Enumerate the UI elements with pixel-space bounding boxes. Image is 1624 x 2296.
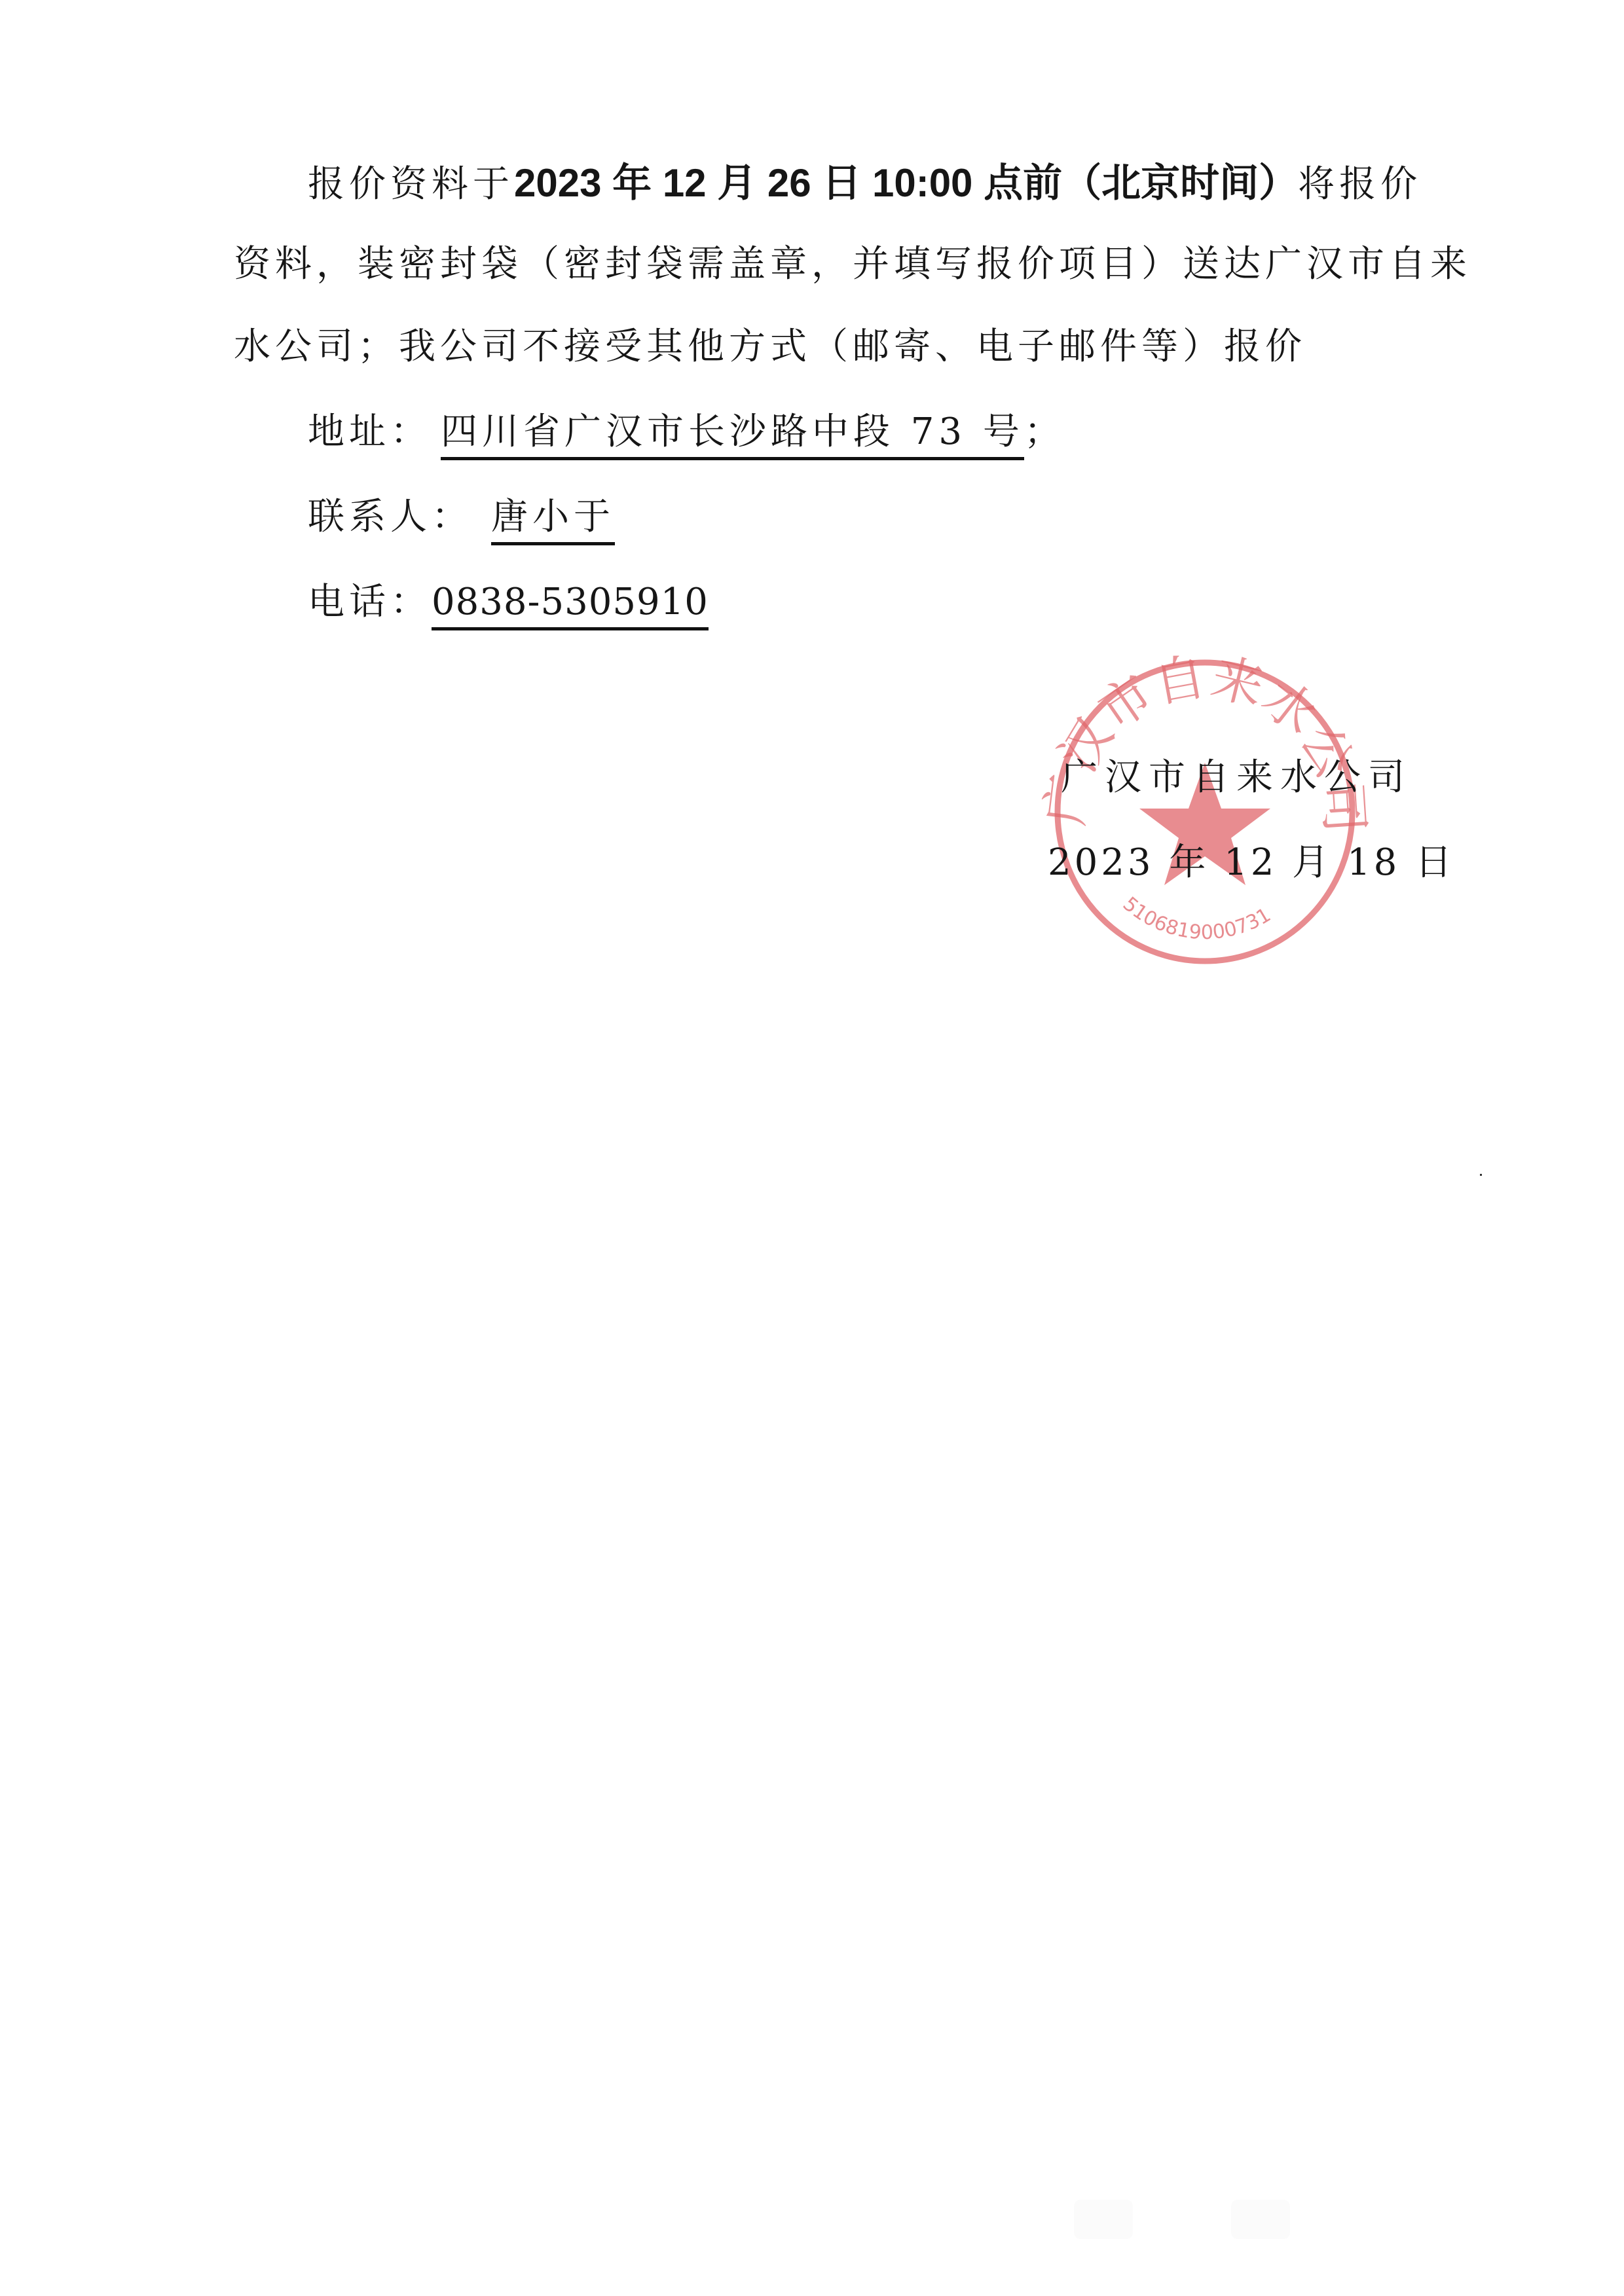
deadline-date: 2023 年 12 月 26 日 10:00 点前 xyxy=(514,161,1062,205)
address-value: 四川省广汉市长沙路中段 73 号 xyxy=(441,410,1024,460)
contact-label: 联系人： xyxy=(308,496,473,538)
address-line: 地址：四川省广汉市长沙路中段 73 号； xyxy=(308,414,1065,450)
scan-speck xyxy=(1480,1174,1482,1176)
phone-label: 电话： xyxy=(308,581,432,623)
paragraph-line-1: 报价资料于2023 年 12 月 26 日 10:00 点前（北京时间）将报价 xyxy=(308,164,1422,203)
address-suffix: ； xyxy=(1024,410,1065,453)
line1-prefix: 报价资料于 xyxy=(308,163,514,206)
address-label: 地址： xyxy=(308,410,432,453)
paragraph-line-3: 水公司；我公司不接受其他方式（邮寄、电子邮件等）报价 xyxy=(234,329,1306,365)
line1-suffix: 将报价 xyxy=(1298,163,1422,206)
contact-line: 联系人：唐小于 xyxy=(308,499,615,536)
scan-artifact xyxy=(1074,2200,1133,2239)
contact-value: 唐小于 xyxy=(491,496,615,545)
phone-line: 电话：0838-5305910 xyxy=(308,584,709,621)
phone-value: 0838-5305910 xyxy=(432,581,709,630)
paragraph-line-2: 资料，装密封袋（密封袋需盖章，并填写报价项目）送达广汉市自来 xyxy=(234,246,1471,283)
beijing-time-note: （北京时间） xyxy=(1062,161,1298,205)
scan-artifact xyxy=(1231,2200,1290,2239)
signature-company: 广汉市自来水公司 xyxy=(1061,759,1412,796)
document-page: 报价资料于2023 年 12 月 26 日 10:00 点前（北京时间）将报价 … xyxy=(0,0,1624,2296)
seal-code: 5106819000731 xyxy=(1118,892,1275,944)
signature-date: 2023 年 12 月 18 日 xyxy=(1048,845,1455,881)
company-seal-stamp: 广汉市自来水公司 5106819000731 xyxy=(1041,648,1369,975)
